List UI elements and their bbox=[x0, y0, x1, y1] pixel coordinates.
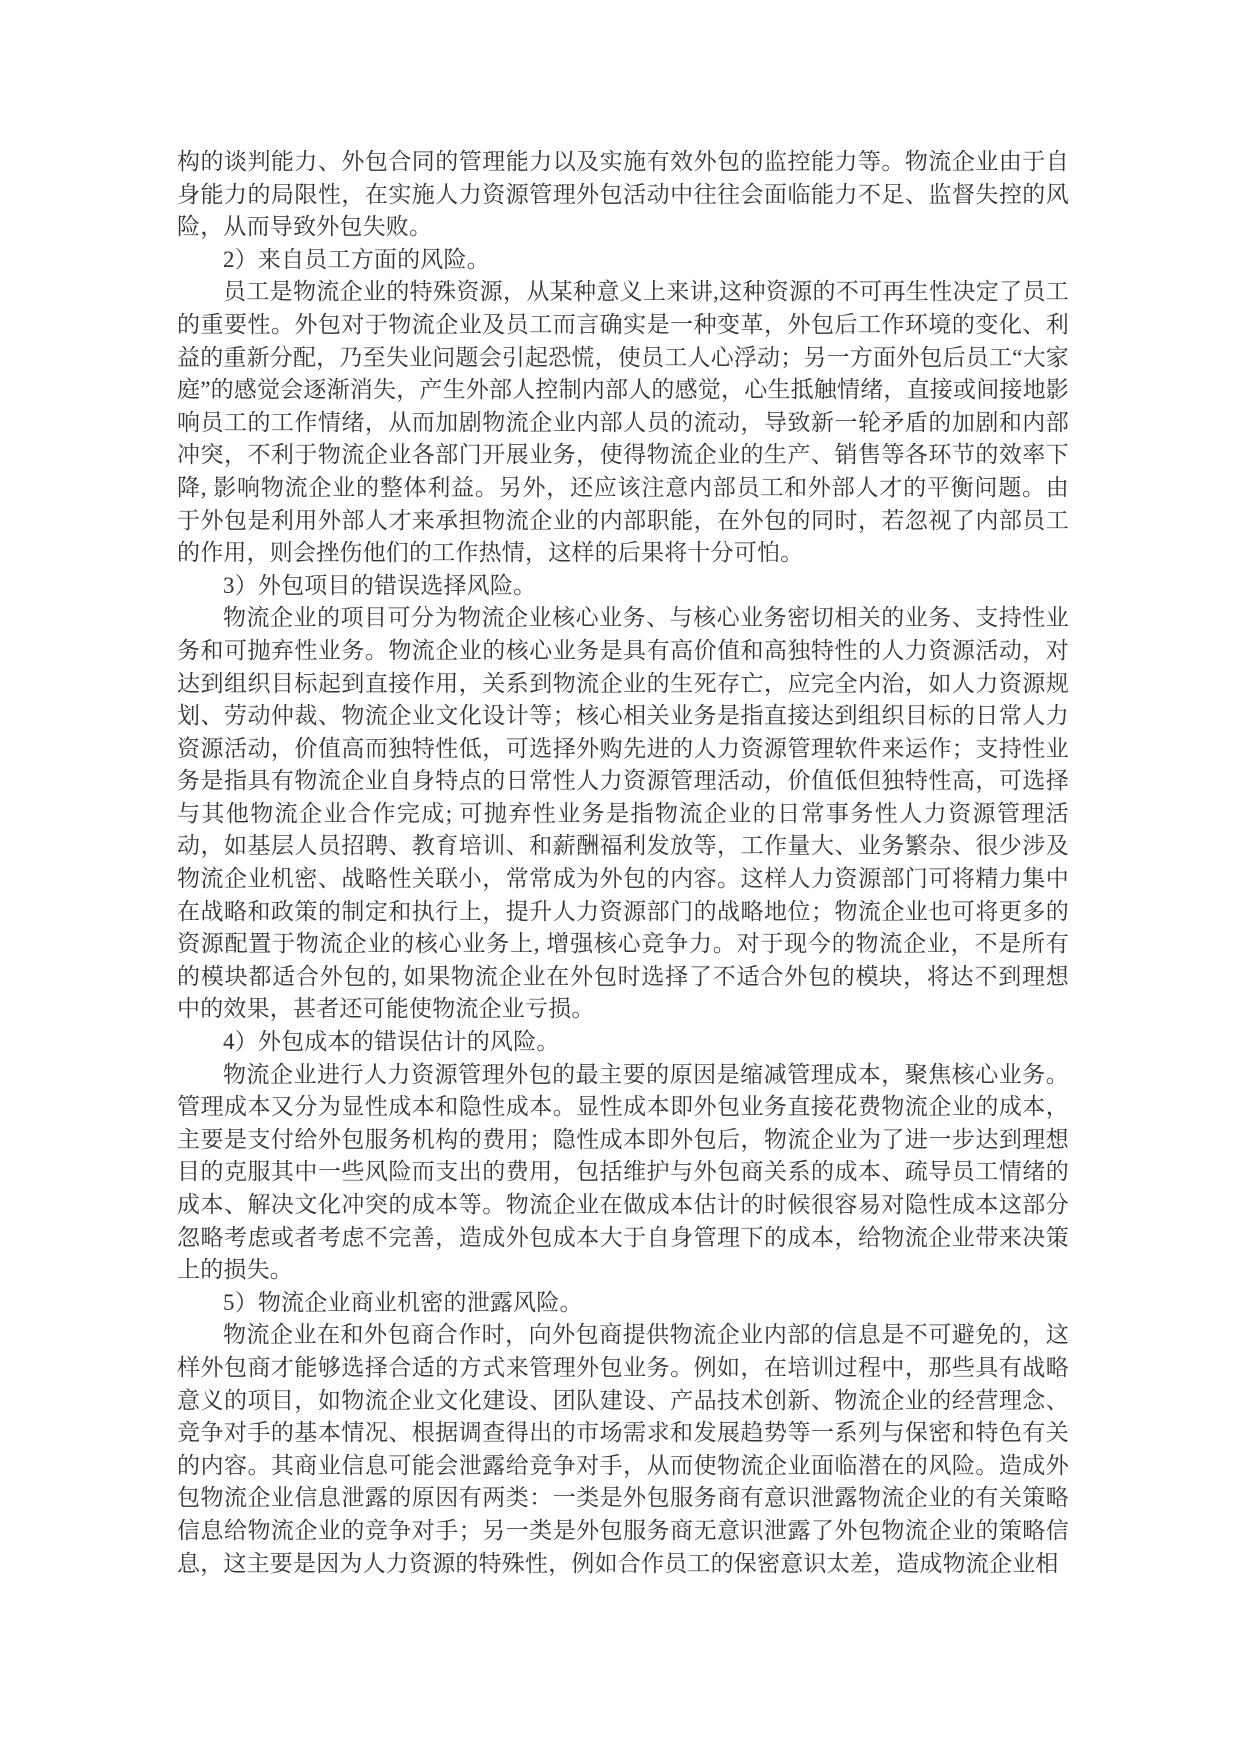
heading-risk-2-employees: 2）来自员工方面的风险。 bbox=[177, 244, 1069, 277]
heading-risk-5-secret-leakage: 5）物流企业商业机密的泄露风险。 bbox=[177, 1287, 1069, 1320]
document-text-block: 构的谈判能力、外包合同的管理能力以及实施有效外包的监控能力等。物流企业由于自身能… bbox=[177, 146, 1069, 1580]
paragraph-risk-3-body: 物流企业的项目可分为物流企业核心业务、与核心业务密切相关的业务、支持性业务和可抛… bbox=[177, 602, 1069, 1026]
heading-risk-3-project-selection: 3）外包项目的错误选择风险。 bbox=[177, 570, 1069, 603]
paragraph-continuation: 构的谈判能力、外包合同的管理能力以及实施有效外包的监控能力等。物流企业由于自身能… bbox=[177, 146, 1069, 244]
heading-risk-4-cost-estimation: 4）外包成本的错误估计的风险。 bbox=[177, 1026, 1069, 1059]
paragraph-risk-2-body: 员工是物流企业的特殊资源，从某种意义上来讲,这种资源的不可再生性决定了员工的重要… bbox=[177, 276, 1069, 569]
paragraph-risk-5-body: 物流企业在和外包商合作时，向外包商提供物流企业内部的信息是不可避免的，这样外包商… bbox=[177, 1319, 1069, 1580]
paragraph-risk-4-body: 物流企业进行人力资源管理外包的最主要的原因是缩减管理成本，聚焦核心业务。管理成本… bbox=[177, 1059, 1069, 1287]
document-page: 构的谈判能力、外包合同的管理能力以及实施有效外包的监控能力等。物流企业由于自身能… bbox=[0, 0, 1241, 1754]
